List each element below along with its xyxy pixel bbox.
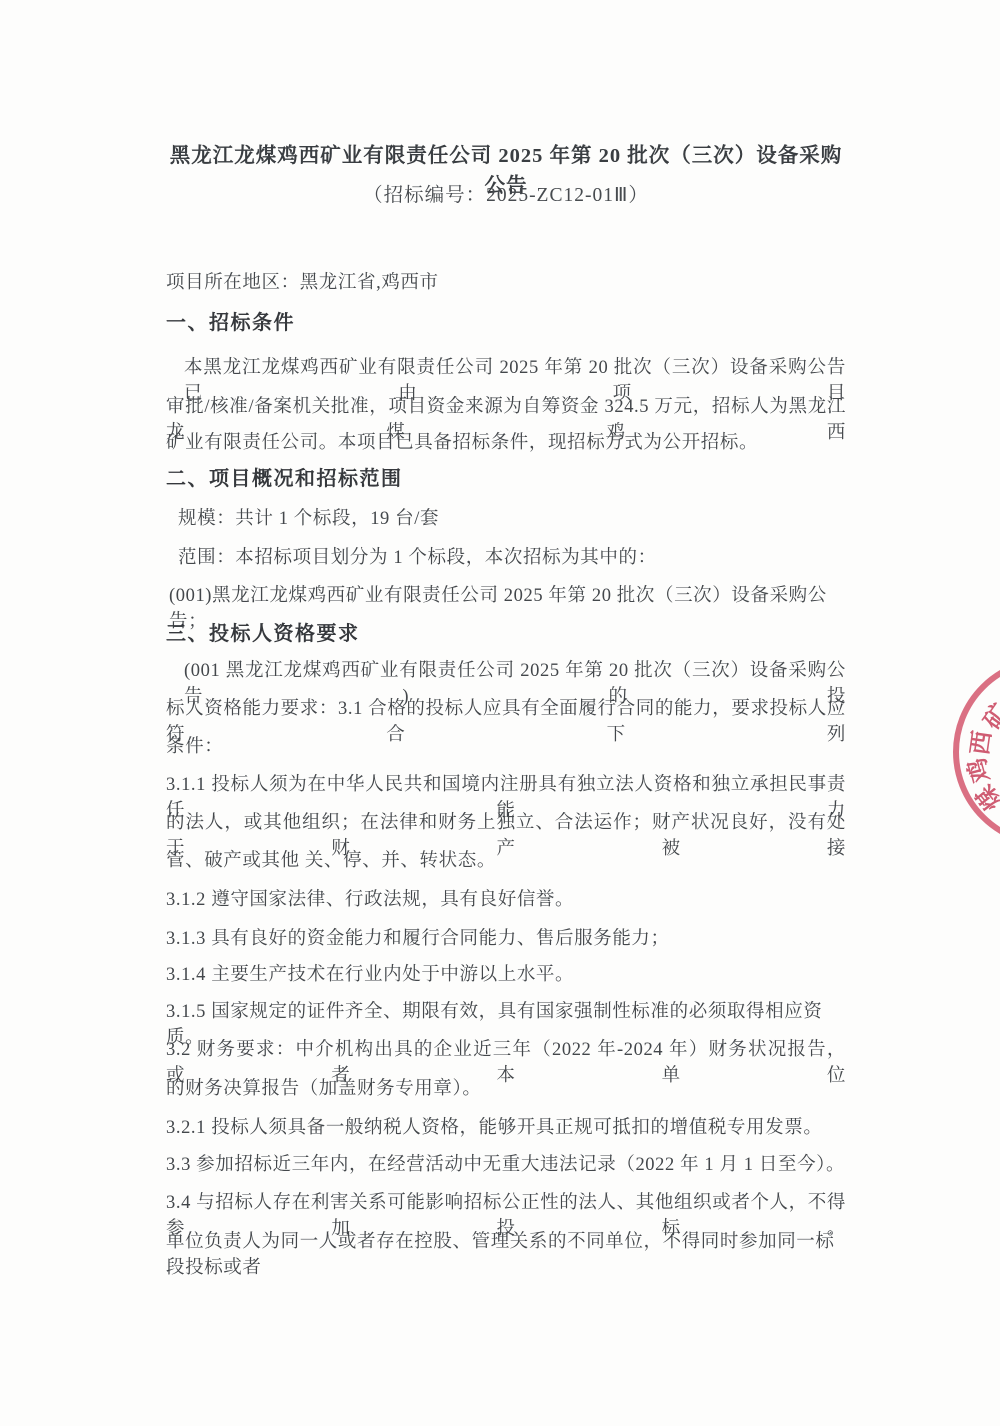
item-3-1-1-line: 管、破产或其他 关、停、并、转状态。 [166,848,846,874]
section-3-heading: 三、投标人资格要求 [166,617,360,646]
item-3-3-line: 3.3 参加招标近三年内，在经营活动中无重大违法记录（2022 年 1 月 1 … [166,1152,846,1178]
item-3-2-1-line: 3.2.1 投标人须具备一般纳税人资格，能够开具正规可抵扣的增值税专用发票。 [166,1115,846,1141]
section-2-heading: 二、项目概况和招标范围 [166,462,403,491]
scope-line: 范围：本招标项目划分为 1 个标段，本次招标为其中的： [166,545,846,571]
qualification-intro-line: 条件： [166,734,846,760]
item-3-1-2-line: 3.1.2 遵守国家法律、行政法规，具有良好信誉。 [166,887,846,913]
item-3-1-3-line: 3.1.3 具有良好的资金能力和履行合同能力、售后服务能力； [166,926,846,952]
item-3-1-4-line: 3.1.4 主要生产技术在行业内处于中游以上水平。 [166,962,846,988]
section-1-line: 矿业有限责任公司。本项目已具备招标条件，现招标方式为公开招标。 [166,430,846,456]
project-location-line: 项目所在地区：黑龙江省,鸡西市 [166,270,846,296]
scale-line: 规模：共计 1 个标段，19 台/套 [166,506,846,532]
item-3-4-line: 单位负责人为同一人或者存在控股、管理关系的不同单位，不得同时参加同一标段投标或者 [166,1229,846,1281]
document-subtitle: （招标编号：2025-ZC12-01Ⅲ） [160,179,852,207]
item-3-2-line: 的财务决算报告（加盖财务专用章）。 [166,1076,846,1102]
seal-character: 西 [967,728,996,757]
scanned-document-page: 黑龙江龙煤鸡西矿业有限责任公司 2025 年第 20 批次（三次）设备采购公告 … [0,0,1000,1426]
section-1-heading: 一、招标条件 [166,306,295,335]
